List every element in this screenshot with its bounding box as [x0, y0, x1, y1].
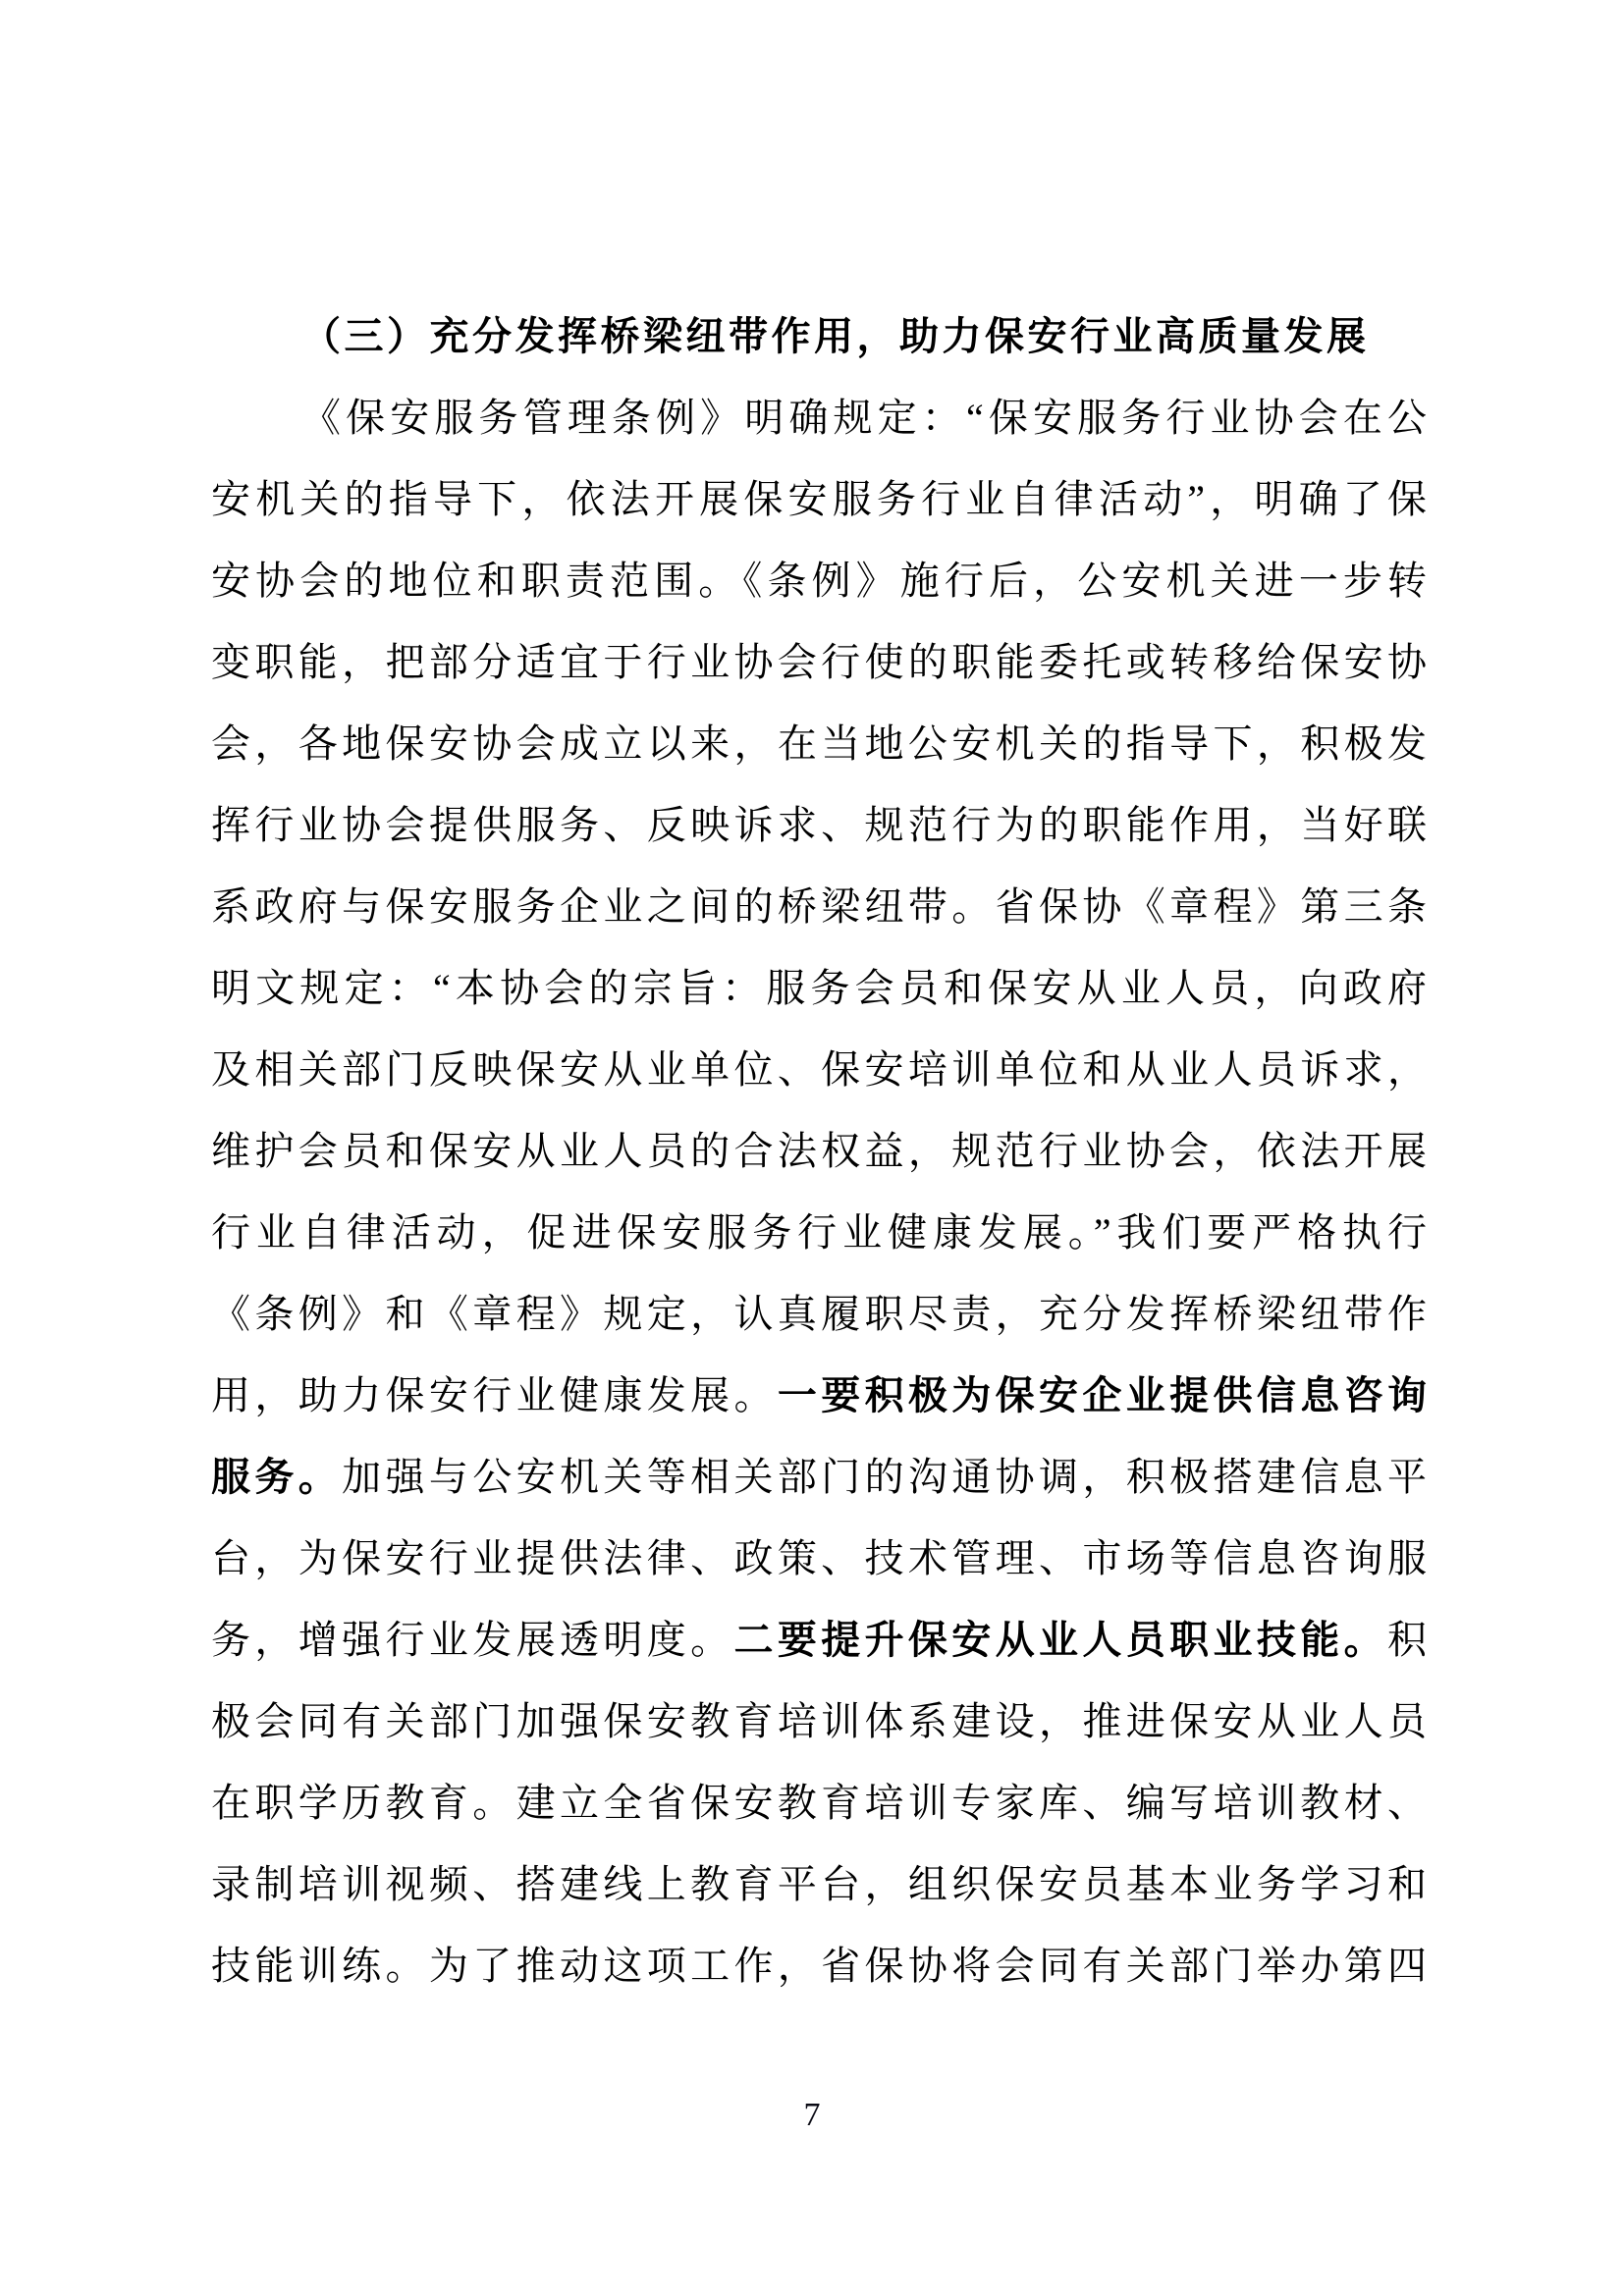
- text-line: 变职能，把部分适宜于行业协会行使的职能委托或转移给保安协: [211, 621, 1427, 703]
- text-segment: 《保安服务管理条例》明确规定：“保安服务行业协会在公: [301, 396, 1427, 440]
- text-segment: 行业自律活动，促进保安服务行业健康发展。”我们要严格执行: [211, 1210, 1427, 1255]
- text-line: 台，为保安行业提供法律、政策、技术管理、市场等信息咨询服: [211, 1518, 1427, 1599]
- text-line: 服务。加强与公安机关等相关部门的沟通协调，积极搭建信息平: [211, 1436, 1427, 1518]
- text-line: 在职学历教育。建立全省保安教育培训专家库、编写培训教材、: [211, 1762, 1427, 1843]
- text-line: 极会同有关部门加强保安教育培训体系建设，推进保安从业人员: [211, 1681, 1427, 1762]
- text-line: 安机关的指导下，依法开展保安服务行业自律活动”，明确了保: [211, 458, 1427, 540]
- text-line: 及相关部门反映保安从业单位、保安培训单位和从业人员诉求，: [211, 1029, 1427, 1110]
- document-heading: （三）充分发挥桥梁纽带作用，助力保安行业高质量发展: [211, 295, 1427, 377]
- document-page: （三）充分发挥桥梁纽带作用，助力保安行业高质量发展《保安服务管理条例》明确规定：…: [0, 0, 1624, 2296]
- text-segment: 变职能，把部分适宜于行业协会行使的职能委托或转移给保安协: [211, 640, 1427, 684]
- text-segment: 台，为保安行业提供法律、政策、技术管理、市场等信息咨询服: [211, 1536, 1427, 1580]
- text-segment: 维护会员和保安从业人员的合法权益，规范行业协会，依法开展: [211, 1129, 1427, 1173]
- text-line: 技能训练。为了推动这项工作，省保协将会同有关部门举办第四: [211, 1925, 1427, 2006]
- text-segment: 积: [1387, 1618, 1427, 1662]
- text-line: 会，各地保安协会成立以来，在当地公安机关的指导下，积极发: [211, 703, 1427, 784]
- text-segment: 在职学历教育。建立全省保安教育培训专家库、编写培训教材、: [211, 1781, 1427, 1825]
- text-segment: 技能训练。为了推动这项工作，省保协将会同有关部门举办第四: [211, 1944, 1427, 1988]
- text-segment: 明文规定：“本协会的宗旨：服务会员和保安从业人员，向政府: [211, 966, 1427, 1010]
- text-line: 维护会员和保安从业人员的合法权益，规范行业协会，依法开展: [211, 1110, 1427, 1192]
- text-line: 用，助力保安行业健康发展。一要积极为保安企业提供信息咨询: [211, 1355, 1427, 1436]
- document-body: （三）充分发挥桥梁纽带作用，助力保安行业高质量发展《保安服务管理条例》明确规定：…: [211, 295, 1427, 2006]
- text-line: 系政府与保安服务企业之间的桥梁纽带。省保协《章程》第三条: [211, 866, 1427, 947]
- text-segment: 安协会的地位和职责范围。《条例》施行后，公安机关进一步转: [211, 559, 1427, 603]
- text-line: 录制培训视频、搭建线上教育平台，组织保安员基本业务学习和: [211, 1843, 1427, 1925]
- text-segment: 挥行业协会提供服务、反映诉求、规范行为的职能作用，当好联: [211, 803, 1427, 847]
- text-segment: 极会同有关部门加强保安教育培训体系建设，推进保安从业人员: [211, 1699, 1427, 1743]
- page-number: 7: [0, 2091, 1624, 2140]
- text-segment: 用，助力保安行业健康发展。: [211, 1373, 778, 1417]
- text-segment: 一要积极为保安企业提供信息咨询: [778, 1373, 1427, 1417]
- text-segment: 二要提升保安从业人员职业技能。: [733, 1618, 1387, 1662]
- text-segment: 录制培训视频、搭建线上教育平台，组织保安员基本业务学习和: [211, 1862, 1427, 1906]
- text-line: 明文规定：“本协会的宗旨：服务会员和保安从业人员，向政府: [211, 947, 1427, 1029]
- text-segment: 安机关的指导下，依法开展保安服务行业自律活动”，明确了保: [211, 477, 1427, 521]
- text-line: 安协会的地位和职责范围。《条例》施行后，公安机关进一步转: [211, 540, 1427, 621]
- text-segment: 《条例》和《章程》规定，认真履职尽责，充分发挥桥梁纽带作: [211, 1292, 1427, 1336]
- text-segment: 及相关部门反映保安从业单位、保安培训单位和从业人员诉求，: [211, 1047, 1427, 1092]
- text-line: 《保安服务管理条例》明确规定：“保安服务行业协会在公: [211, 377, 1427, 458]
- text-segment: 务，增强行业发展透明度。: [211, 1618, 733, 1662]
- text-line: 行业自律活动，促进保安服务行业健康发展。”我们要严格执行: [211, 1192, 1427, 1273]
- text-segment: 加强与公安机关等相关部门的沟通协调，积极搭建信息平: [342, 1455, 1427, 1499]
- text-segment: 系政府与保安服务企业之间的桥梁纽带。省保协《章程》第三条: [211, 884, 1427, 929]
- text-line: 务，增强行业发展透明度。二要提升保安从业人员职业技能。积: [211, 1599, 1427, 1681]
- text-segment: （三）充分发挥桥梁纽带作用，助力保安行业高质量发展: [301, 314, 1370, 358]
- text-line: 《条例》和《章程》规定，认真履职尽责，充分发挥桥梁纽带作: [211, 1273, 1427, 1355]
- text-segment: 会，各地保安协会成立以来，在当地公安机关的指导下，积极发: [211, 721, 1427, 766]
- text-line: 挥行业协会提供服务、反映诉求、规范行为的职能作用，当好联: [211, 784, 1427, 866]
- text-segment: 服务。: [211, 1455, 342, 1499]
